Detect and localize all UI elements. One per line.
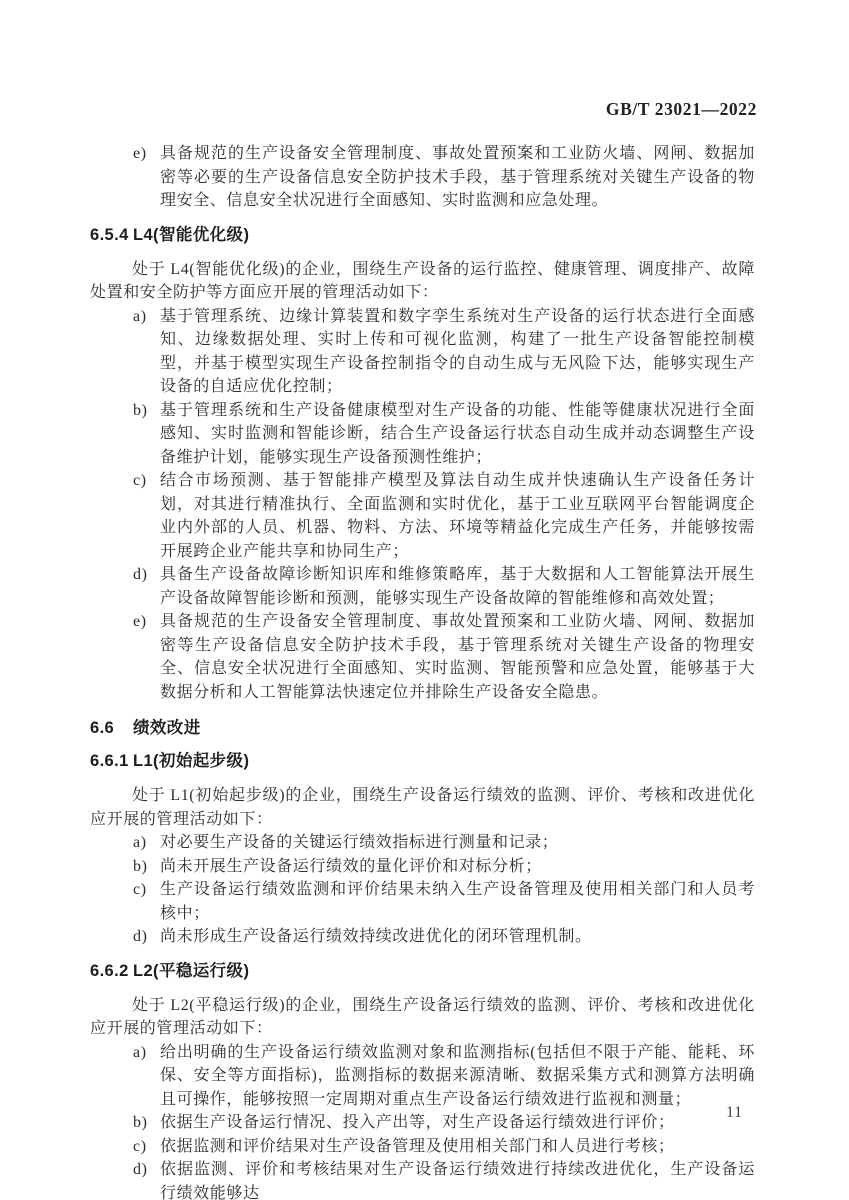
list-item-6-5-4-c: c) 结合市场预测、基于智能排产模型及算法自动生成并快速确认生产设备任务计划，对… (90, 469, 755, 563)
list-item-label: e) (133, 610, 160, 704)
page-number: 11 (726, 1104, 743, 1122)
list-item-text: 依据监测、评价和考核结果对生产设备运行绩效进行持续改进优化，生产设备运行绩效能够… (160, 1158, 755, 1200)
list-item-label: a) (133, 305, 160, 399)
list-item-text: 具备规范的生产设备安全管理制度、事故处置预案和工业防火墙、网闸、数据加密等生产设… (160, 610, 755, 704)
list-item-6-5-4-b: b) 基于管理系统和生产设备健康模型对生产设备的功能、性能等健康状况进行全面感知… (90, 399, 755, 470)
list-item-text: 依据生产设备运行情况、投入产出等，对生产设备运行绩效进行评价； (160, 1111, 755, 1135)
clause-intro-6-6-1: 处于 L1(初始起步级)的企业，围绕生产设备运行绩效的监测、评价、考核和改进优化… (90, 784, 755, 831)
list-item-6-6-1-a: a) 对必要生产设备的关键运行绩效指标进行测量和记录； (90, 831, 755, 855)
list-item-6-6-1-d: d) 尚未形成生产设备运行绩效持续改进优化的闭环管理机制。 (90, 925, 755, 949)
list-item-6-6-2-b: b) 依据生产设备运行情况、投入产出等，对生产设备运行绩效进行评价； (90, 1111, 755, 1135)
list-item-label: c) (133, 1135, 160, 1159)
list-item-text: 尚未形成生产设备运行绩效持续改进优化的闭环管理机制。 (160, 925, 755, 949)
list-item-label: a) (133, 1041, 160, 1112)
clause-title: L1(初始起步级) (133, 752, 249, 770)
list-item-text: 依据监测和评价结果对生产设备管理及使用相关部门和人员进行考核； (160, 1135, 755, 1159)
list-item-label: a) (133, 831, 160, 855)
clause-intro-6-6-2: 处于 L2(平稳运行级)的企业，围绕生产设备运行绩效的监测、评价、考核和改进优化… (90, 994, 755, 1041)
list-item-label: b) (133, 1111, 160, 1135)
list-item-text: 结合市场预测、基于智能排产模型及算法自动生成并快速确认生产设备任务计划，对其进行… (160, 469, 755, 563)
clause-heading-6-5-4: 6.5.4L4(智能优化级) (90, 224, 755, 246)
list-item-label: b) (133, 855, 160, 879)
list-item-text: 基于管理系统和生产设备健康模型对生产设备的功能、性能等健康状况进行全面感知、实时… (160, 399, 755, 470)
list-item-label: c) (133, 878, 160, 925)
clause-title: L4(智能优化级) (133, 226, 249, 244)
list-item-label: d) (133, 1158, 160, 1200)
clause-number: 6.6.2 (90, 960, 133, 982)
list-item-label: c) (133, 469, 160, 563)
list-item-6-6-1-c: c) 生产设备运行绩效监测和评价结果未纳入生产设备管理及使用相关部门和人员考核中… (90, 878, 755, 925)
document-page: GB/T 23021—2022 e) 具备规范的生产设备安全管理制度、事故处置预… (0, 0, 849, 1200)
list-item-6-6-2-a: a) 给出明确的生产设备运行绩效监测对象和监测指标(包括但不限于产能、能耗、环保… (90, 1041, 755, 1112)
clause-heading-6-6-2: 6.6.2L2(平稳运行级) (90, 960, 755, 982)
list-item-text: 尚未开展生产设备运行绩效的量化评价和对标分析； (160, 855, 755, 879)
clause-number: 6.6.1 (90, 750, 133, 772)
clause-heading-6-6-1: 6.6.1L1(初始起步级) (90, 750, 755, 772)
standard-number: GB/T 23021—2022 (606, 99, 757, 119)
list-item-text: 对必要生产设备的关键运行绩效指标进行测量和记录； (160, 831, 755, 855)
list-item-label: e) (133, 142, 160, 213)
list-item-label: b) (133, 399, 160, 470)
list-item-6-5-4-d: d) 具备生产设备故障诊断知识库和维修策略库，基于大数据和人工智能算法开展生产设… (90, 563, 755, 610)
clause-title: L2(平稳运行级) (133, 962, 249, 980)
list-item-text: 具备生产设备故障诊断知识库和维修策略库，基于大数据和人工智能算法开展生产设备故障… (160, 563, 755, 610)
list-item-text: 生产设备运行绩效监测和评价结果未纳入生产设备管理及使用相关部门和人员考核中； (160, 878, 755, 925)
list-item-6-5-4-e: e) 具备规范的生产设备安全管理制度、事故处置预案和工业防火墙、网闸、数据加密等… (90, 610, 755, 704)
list-item-6-6-2-d: d) 依据监测、评价和考核结果对生产设备运行绩效进行持续改进优化，生产设备运行绩… (90, 1158, 755, 1200)
list-item-text: 基于管理系统、边缘计算装置和数字孪生系统对生产设备的运行状态进行全面感知、边缘数… (160, 305, 755, 399)
clause-number: 6.5.4 (90, 224, 133, 246)
list-item-6-5-4-a: a) 基于管理系统、边缘计算装置和数字孪生系统对生产设备的运行状态进行全面感知、… (90, 305, 755, 399)
clause-heading-6-6: 6.6绩效改进 (90, 717, 755, 739)
list-item-6-6-2-c: c) 依据监测和评价结果对生产设备管理及使用相关部门和人员进行考核； (90, 1135, 755, 1159)
list-item-carryover-e: e) 具备规范的生产设备安全管理制度、事故处置预案和工业防火墙、网闸、数据加密等… (90, 142, 755, 213)
list-item-text: 具备规范的生产设备安全管理制度、事故处置预案和工业防火墙、网闸、数据加密等必要的… (160, 142, 755, 213)
page-header: GB/T 23021—2022 (0, 0, 849, 120)
clause-number: 6.6 (90, 717, 133, 739)
list-item-label: d) (133, 925, 160, 949)
list-item-6-6-1-b: b) 尚未开展生产设备运行绩效的量化评价和对标分析； (90, 855, 755, 879)
page-content: e) 具备规范的生产设备安全管理制度、事故处置预案和工业防火墙、网闸、数据加密等… (90, 142, 755, 1200)
list-item-label: d) (133, 563, 160, 610)
clause-title: 绩效改进 (133, 719, 201, 737)
list-item-text: 给出明确的生产设备运行绩效监测对象和监测指标(包括但不限于产能、能耗、环保、安全… (160, 1041, 755, 1112)
clause-intro-6-5-4: 处于 L4(智能优化级)的企业，围绕生产设备的运行监控、健康管理、调度排产、故障… (90, 258, 755, 305)
